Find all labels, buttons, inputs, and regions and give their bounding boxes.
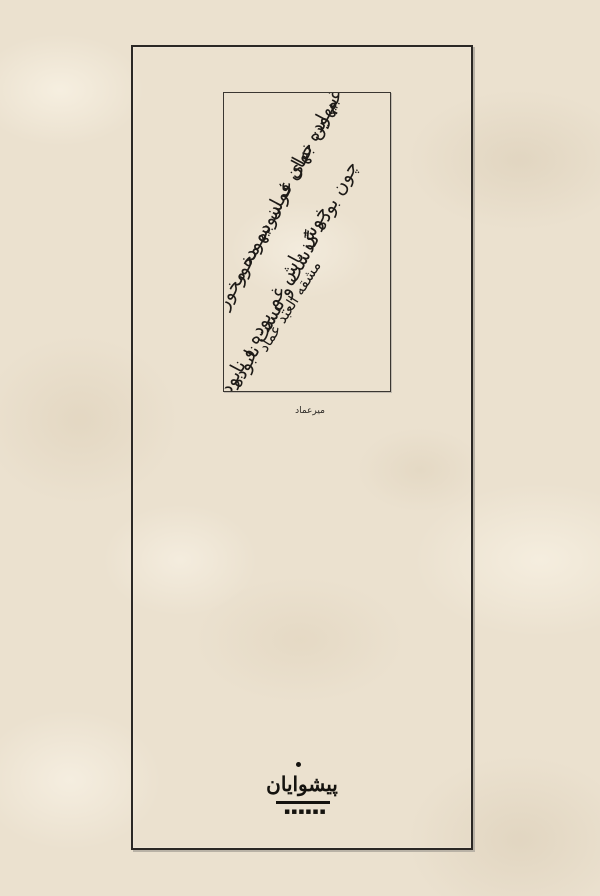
calligraphy-line-4: خوش باش غم بوده و نابوده مخور [223,202,333,392]
calligrapher-caption: میرعماد [285,406,335,416]
logo-dots-icon: ▪▪▪▪▪▪ [284,808,327,817]
calligraphy-panel: ای دل غم این جهان فرسوده مخور بیهوده نه‌… [223,92,391,392]
logo-dot-icon [296,762,301,767]
publisher-logo: پیشوایان ▪▪▪▪▪▪ [262,768,342,816]
publisher-logo-text: پیشوایان [262,772,342,796]
logo-underline [276,801,330,804]
